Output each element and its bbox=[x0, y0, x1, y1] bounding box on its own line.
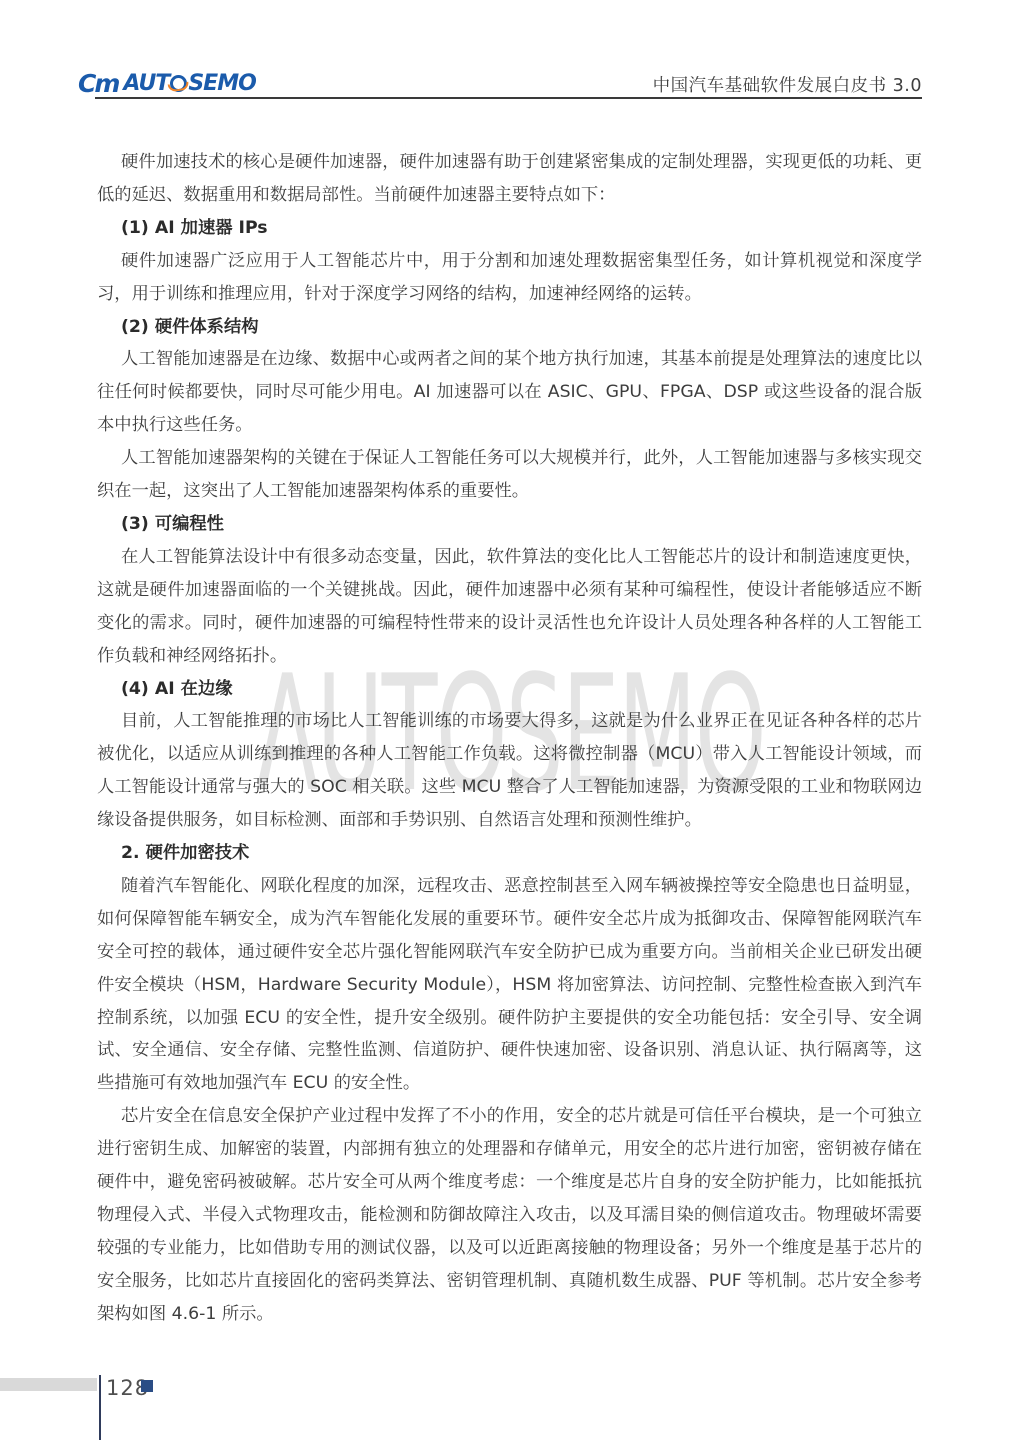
logo-text-semo: SEMO bbox=[188, 71, 255, 96]
section-heading: (1) AI 加速器 IPs bbox=[97, 212, 922, 245]
section-heading: 2. 硬件加密技术 bbox=[97, 837, 922, 870]
logo-wordmark: AUT SEMO bbox=[123, 71, 255, 96]
document-header-title: 中国汽车基础软件发展白皮书 3.0 bbox=[653, 72, 922, 97]
paragraph: 硬件加速器广泛应用于人工智能芯片中，用于分割和加速处理数据密集型任务，如计算机视… bbox=[97, 245, 922, 311]
autosemo-logo: Cm AUT SEMO bbox=[78, 70, 256, 96]
paragraph: 人工智能加速器是在边缘、数据中心或两者之间的某个地方执行加速，其基本前提是处理算… bbox=[97, 343, 922, 442]
logo-text-aut: AUT bbox=[123, 71, 169, 96]
footer-accent-square-icon bbox=[141, 1380, 153, 1392]
paragraph: 芯片安全在信息安全保护产业过程中发挥了不小的作用，安全的芯片就是可信任平台模块，… bbox=[97, 1100, 922, 1330]
document-body: 硬件加速技术的核心是硬件加速器，硬件加速器有助于创建紧密集成的定制处理器，实现更… bbox=[97, 146, 922, 1331]
section-heading: (4) AI 在边缘 bbox=[97, 673, 922, 706]
section-heading: (2) 硬件体系结构 bbox=[97, 311, 922, 344]
paragraph: 目前，人工智能推理的市场比人工智能训练的市场要大得多，这就是为什么业界正在见证各… bbox=[97, 705, 922, 837]
footer-vertical-line bbox=[99, 1375, 101, 1440]
paragraph: 在人工智能算法设计中有很多动态变量，因此，软件算法的变化比人工智能芯片的设计和制… bbox=[97, 541, 922, 673]
paragraph: 人工智能加速器架构的关键在于保证人工智能任务可以大规模并行，此外，人工智能加速器… bbox=[97, 442, 922, 508]
document-page: Cm AUT SEMO 中国汽车基础软件发展白皮书 3.0 AUTOSEMO 硬… bbox=[0, 0, 1019, 1440]
header-divider-line bbox=[95, 97, 922, 99]
paragraph: 随着汽车智能化、网联化程度的加深，远程攻击、恶意控制甚至入网车辆被操控等安全隐患… bbox=[97, 870, 922, 1100]
paragraph: 硬件加速技术的核心是硬件加速器，硬件加速器有助于创建紧密集成的定制处理器，实现更… bbox=[97, 146, 922, 212]
footer-gray-bar bbox=[0, 1378, 97, 1391]
section-heading: (3) 可编程性 bbox=[97, 508, 922, 541]
logo-globe-o-icon bbox=[170, 75, 187, 92]
logo-cm-monogram: Cm bbox=[78, 69, 118, 98]
